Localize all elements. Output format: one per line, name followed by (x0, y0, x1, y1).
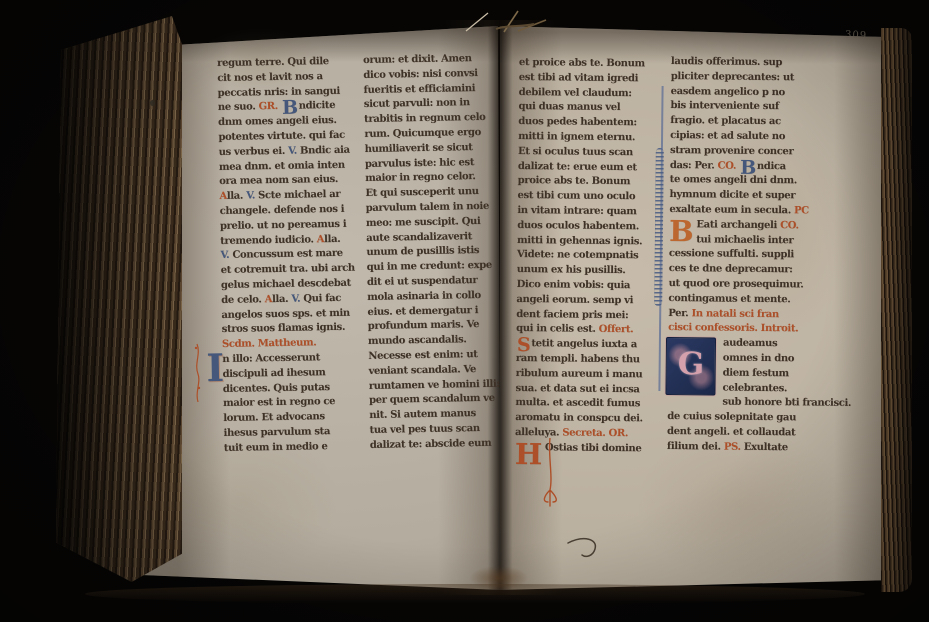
manuscript-text-line: mitti in gehennas ignis. (517, 234, 649, 250)
text-segment: Et si oculus tuus scan (518, 146, 633, 158)
text-segment: debilem vel claudum: (519, 87, 632, 99)
text-segment: orum: et dixit. Amen (363, 53, 472, 66)
manuscript-text-line: tuit eum in medio e (224, 439, 356, 456)
text-segment: us verbus ei. (219, 146, 289, 158)
text-segment: humiliaverit se sicut (365, 142, 473, 155)
text-segment: sub honore bti francisci. (722, 397, 851, 409)
manuscript-text-line: HOstias tibi domine (515, 441, 647, 457)
text-segment: aute scandalizaverit (366, 231, 472, 244)
text-segment: lorum. Et advocans (223, 411, 325, 424)
text-segment: cessione suffulti. suppli (669, 248, 794, 260)
manuscript-text-line: fragio. et placatus ac (670, 114, 806, 130)
manuscript-text-line: unum ex his pusillis. (517, 263, 649, 279)
text-segment: tetit angelus iuxta a (531, 338, 637, 350)
text-segment: et proice abs te. Bonum (519, 57, 645, 69)
text-segment: mitti in gehennas ignis. (517, 235, 642, 247)
manuscript-text-line: mitti in ignem eternu. (518, 130, 650, 146)
manuscript-text-line: sua. et data sut ei incsa (515, 382, 647, 398)
text-segment: maior in regno celor. (365, 171, 475, 184)
manuscript-text-line: diem festum (668, 366, 804, 382)
manuscript-photo: regum terre. Qui dilecit nos et lavit no… (0, 0, 929, 622)
text-segment: PC (794, 205, 809, 216)
folio-number: 309 (845, 29, 868, 41)
text-segment: stram provenire concer (670, 145, 794, 157)
text-segment: V. (288, 145, 300, 156)
text-segment: Scdm. Mattheum. (222, 337, 317, 350)
text-segment: pliciter deprecantes: ut (671, 71, 794, 83)
manuscript-text-line: angeli eorum. semp vi (516, 293, 648, 309)
text-segment: parvulus iste: hic est (365, 157, 474, 170)
text-segment: cipias: et ad salute no (670, 130, 785, 142)
text-segment: GR. (258, 101, 281, 112)
text-segment: V. (220, 250, 232, 261)
text-segment: rum. Quicumque ergo (364, 127, 481, 140)
text-segment: Eati archangeli (696, 219, 780, 231)
manuscript-text-line: tui michaelis inter (669, 233, 805, 249)
manuscript-text-line: multa. et ascedit fumus (515, 396, 647, 412)
text-segment: et cotremuit tra. ubi arch (221, 263, 355, 276)
manuscript-text-line: est tibi cum uno oculo (517, 189, 649, 205)
text-segment: cisci confessoris. Introit. (668, 322, 798, 334)
manuscript-text-line: Stetit angelus iuxta a (516, 337, 648, 353)
text-segment: sicut parvuli: non in (364, 98, 470, 111)
text-segment: discipuli ad ihesum (222, 367, 325, 380)
text-segment: dicentes. Quis putas (223, 382, 330, 395)
text-segment: contingamus et mente. (668, 293, 790, 305)
manuscript-text-line: hymnum dicite et super (669, 188, 805, 204)
text-segment: mola asinaria in collo (367, 290, 481, 303)
text-segment: changele. defende nos i (220, 204, 345, 217)
manuscript-text-line: dent faciem pris mei: (516, 308, 648, 324)
text-segment: Videte: ne cotempnatis (517, 249, 639, 261)
text-segment: est tibi ad vitam igredi (519, 72, 638, 84)
manuscript-text-line: laudis offerimus. sup (671, 55, 807, 71)
manuscript-text-line: aromatu in conspcu dei. (515, 411, 647, 427)
decorated-initial: B (281, 103, 299, 113)
text-segment: proice abs te. Bonum (518, 175, 631, 187)
text-segment: dent faciem pris mei: (516, 309, 628, 321)
text-segment: multa. et ascedit fumus (515, 397, 640, 409)
manuscript-text-line: dalizat te: abscide eum (370, 436, 498, 453)
text-segment: maior est in regno ce (223, 396, 335, 409)
ink-speck (150, 100, 155, 106)
text-segment: V. (291, 293, 303, 304)
text-segment: lla. (227, 191, 246, 202)
manuscript-text-line: dent angeli. et collaudat (667, 425, 803, 441)
text-segment: CO. (717, 160, 739, 171)
text-segment: In natali sci fran (691, 308, 779, 320)
left-page-edge-stack (56, 16, 182, 582)
manuscript-text-line: Et si oculus tuus scan (518, 145, 650, 161)
text-segment: te omes angeli dni dnm. (670, 174, 797, 186)
manuscript-text-line: et proice abs te. Bonum (519, 56, 651, 72)
manuscript-text-line: sub honore bti francisci. (667, 395, 803, 411)
text-segment: laudis offerimus. sup (671, 56, 782, 68)
manuscript-text-line: das: Per. CO. Bndica (670, 159, 806, 175)
text-segment: ne suo. (218, 102, 259, 114)
text-segment: mundo ascandalis. (368, 334, 467, 347)
manuscript-text-line: contingamus et mente. (668, 292, 804, 308)
text-segment: qui duas manus vel (518, 101, 620, 113)
text-segment: easdem angelico p no (671, 86, 785, 98)
text-segment: ndica (757, 160, 786, 171)
manuscript-text-line: ram templi. habens thu (516, 352, 648, 368)
manuscript-text-line: filium dei. PS. Exultate (667, 440, 803, 456)
text-segment: trabitis in regnum celo (364, 112, 486, 125)
manuscript-text-line: qui duas manus vel (518, 100, 650, 116)
text-segment: Bndic aia (300, 144, 350, 156)
text-segment: dico vobis: nisi convsi (363, 68, 477, 81)
text-segment: audeamus (723, 338, 777, 350)
text-segment: tuit eum in medio e (224, 441, 328, 454)
decorated-initial: H (515, 441, 545, 468)
text-segment: de celo. (221, 294, 265, 306)
text-segment: peccatis nris: in sangui (218, 85, 340, 98)
text-segment: fragio. et placatus ac (670, 115, 781, 127)
text-segment: per quem scandalum ve (369, 393, 495, 406)
text-segment: PS. (724, 441, 744, 452)
text-segment: Concussum est mare (232, 248, 343, 261)
text-segment: unum ex his pusillis. (517, 264, 626, 276)
text-segment: angeli eorum. semp vi (516, 294, 633, 306)
decorated-initial: B (739, 162, 757, 172)
text-segment: ora mea nom san eius. (219, 174, 338, 187)
text-segment: Et qui susceperit unu (365, 186, 478, 199)
text-segment: ribulum aureum i manu (516, 368, 643, 380)
manuscript-text-line: easdem angelico p no (671, 85, 807, 101)
manuscript-text-line: Gaudeamus (668, 336, 804, 352)
text-segment: angelos suos sps. et min (221, 307, 349, 320)
text-segment: meo: me suscipit. Qui (366, 216, 481, 229)
text-segment: tui michaelis inter (696, 234, 793, 246)
text-segment: sua. et data sut ei incsa (515, 383, 639, 395)
manuscript-text-line: debilem vel claudum: (519, 86, 651, 102)
text-segment: dent angeli. et collaudat (667, 426, 795, 438)
manuscript-text-line: Videte: ne cotempnatis (517, 248, 649, 264)
text-segment: tua vel pes tuus scan (369, 423, 479, 436)
text-segment: das: Per. (670, 160, 718, 171)
text-segment: Necesse est enim: ut (368, 349, 477, 362)
text-segment: prelio. ut no pereamus i (220, 219, 346, 232)
text-segment: ram templi. habens thu (516, 353, 640, 365)
text-segment: omnes in dno (723, 352, 794, 364)
manuscript-text-line: ut quod ore prosequimur. (669, 277, 805, 293)
text-segment: ces te dne deprecamur: (669, 263, 793, 275)
manuscript-text-line: proice abs te. Bonum (518, 174, 650, 190)
text-segment: tremendo iudicio. (220, 234, 317, 247)
text-column-left-1: regum terre. Qui dilecit nos et lavit no… (217, 55, 356, 457)
text-segment: Ostias tibi domine (545, 442, 642, 454)
text-segment: lla. (272, 293, 291, 304)
text-segment: Dico enim vobis: quia (517, 279, 631, 291)
manuscript-text-line: bis interveniente suf (670, 99, 806, 115)
manuscript-text-line: pliciter deprecantes: ut (671, 70, 807, 86)
manuscript-text-line: ces te dne deprecamur: (669, 262, 805, 278)
text-segment: Offert. (599, 324, 634, 335)
text-segment: gelus michael descdebat (221, 278, 351, 291)
manuscript-text-line: cisci confessoris. Introit. (668, 321, 804, 337)
manuscript-text-line: cipias: et ad salute no (670, 129, 806, 145)
manuscript-text-line: te omes angeli dni dnm. (670, 173, 806, 189)
manuscript-text-line: est tibi ad vitam igredi (519, 71, 651, 87)
text-segment: duos oculos habentem. (517, 220, 639, 232)
text-column-right-2: laudis offerimus. suppliciter deprecante… (667, 55, 807, 456)
manuscript-text-line: stram provenire concer (670, 144, 806, 160)
text-segment: duos pedes habentem: (518, 116, 637, 128)
text-segment: Exultate (744, 442, 788, 453)
manuscript-text-line: qui in celis est. Offert. (516, 322, 648, 338)
book-shadow (85, 584, 865, 604)
text-segment: bis interveniente suf (670, 100, 779, 112)
text-segment: aromatu in conspcu dei. (515, 412, 643, 424)
manuscript-text-line: ribulum aureum i manu (516, 367, 648, 383)
text-segment: filium dei. (667, 441, 724, 453)
text-segment: veniant scandala. Ve (368, 364, 476, 377)
text-segment: mea dnm. et omia inten (219, 159, 345, 172)
manuscript-text-line: BEati archangeli CO. (669, 218, 805, 234)
text-segment: est tibi cum uno oculo (517, 190, 635, 202)
blue-penwork-bar (654, 148, 664, 306)
manuscript-text-line: cessione suffulti. suppli (669, 247, 805, 263)
text-segment: eius. et demergatur i (367, 305, 478, 318)
manuscript-text-line: dalizat te: erue eum et (518, 160, 650, 176)
text-segment: celebrantes. (722, 382, 787, 394)
text-segment: potentes virtute. qui fac (218, 130, 345, 143)
text-segment: dalizat te: erue eum et (518, 161, 637, 173)
text-segment: ndicite (299, 100, 336, 112)
manuscript-text-line: de cuius solepnitate gau (667, 410, 803, 426)
text-segment: Per. (668, 308, 691, 319)
manuscript-text-line: duos pedes habentem: (518, 115, 650, 131)
manuscript-text-line: duos oculos habentem. (517, 219, 649, 235)
text-segment: parvulum talem in noie (366, 201, 489, 214)
text-segment: cit nos et lavit nos a (217, 71, 323, 84)
text-segment: ut quod ore prosequimur. (669, 278, 804, 290)
text-segment: diem festum (723, 367, 789, 379)
text-segment: regum terre. Qui dile (217, 56, 329, 69)
text-segment: dit ei ut suspendatur (367, 275, 478, 288)
text-segment: qui in me credunt: expe (367, 260, 492, 273)
text-column-left-2: orum: et dixit. Amendico vobis: nisi con… (363, 52, 498, 454)
text-segment: nit. Si autem manus (369, 408, 476, 421)
text-segment: unum de pusillis istis (366, 245, 479, 258)
right-page-edge-stack (881, 28, 912, 592)
text-segment: CO. (780, 220, 799, 231)
text-segment: dnm omes angeli eius. (218, 115, 337, 128)
text-segment: dalizat te: abscide eum (370, 438, 492, 451)
text-segment: Qui fac (303, 293, 341, 305)
text-segment: ihesus parvulum sta (223, 426, 330, 439)
manuscript-text-line: Dico enim vobis: quia (517, 278, 649, 294)
text-segment: de cuius solepnitate gau (667, 411, 796, 423)
text-segment: lla. (324, 233, 340, 244)
text-segment: in vitam intrare: quam (517, 205, 636, 217)
manuscript-text-line: celebrantes. (667, 381, 803, 397)
text-segment: stros suos flamas ignis. (222, 322, 345, 335)
text-segment: fueritis et efficiamini (364, 83, 476, 96)
manuscript-text-line: Per. In natali sci fran (668, 307, 804, 323)
text-segment: rumtamen ve homini illi: (369, 378, 500, 391)
text-segment: Secreta. OR. (562, 427, 628, 439)
manuscript-text-line: in vitam intrare: quam (517, 204, 649, 220)
text-segment: mitti in ignem eternu. (518, 131, 635, 143)
text-segment: profundum maris. Ve (368, 319, 480, 332)
text-segment: Scte michael ar (258, 189, 340, 201)
text-column-right-1: et proice abs te. Bonumest tibi ad vitam… (515, 56, 651, 469)
manuscript-text-line: omnes in dno (668, 351, 804, 367)
decorated-initial: S (516, 340, 531, 350)
text-segment: n illo: Accesserunt (222, 352, 320, 365)
text-segment: hymnum dicite et super (669, 189, 795, 201)
text-segment: V. (246, 190, 258, 201)
